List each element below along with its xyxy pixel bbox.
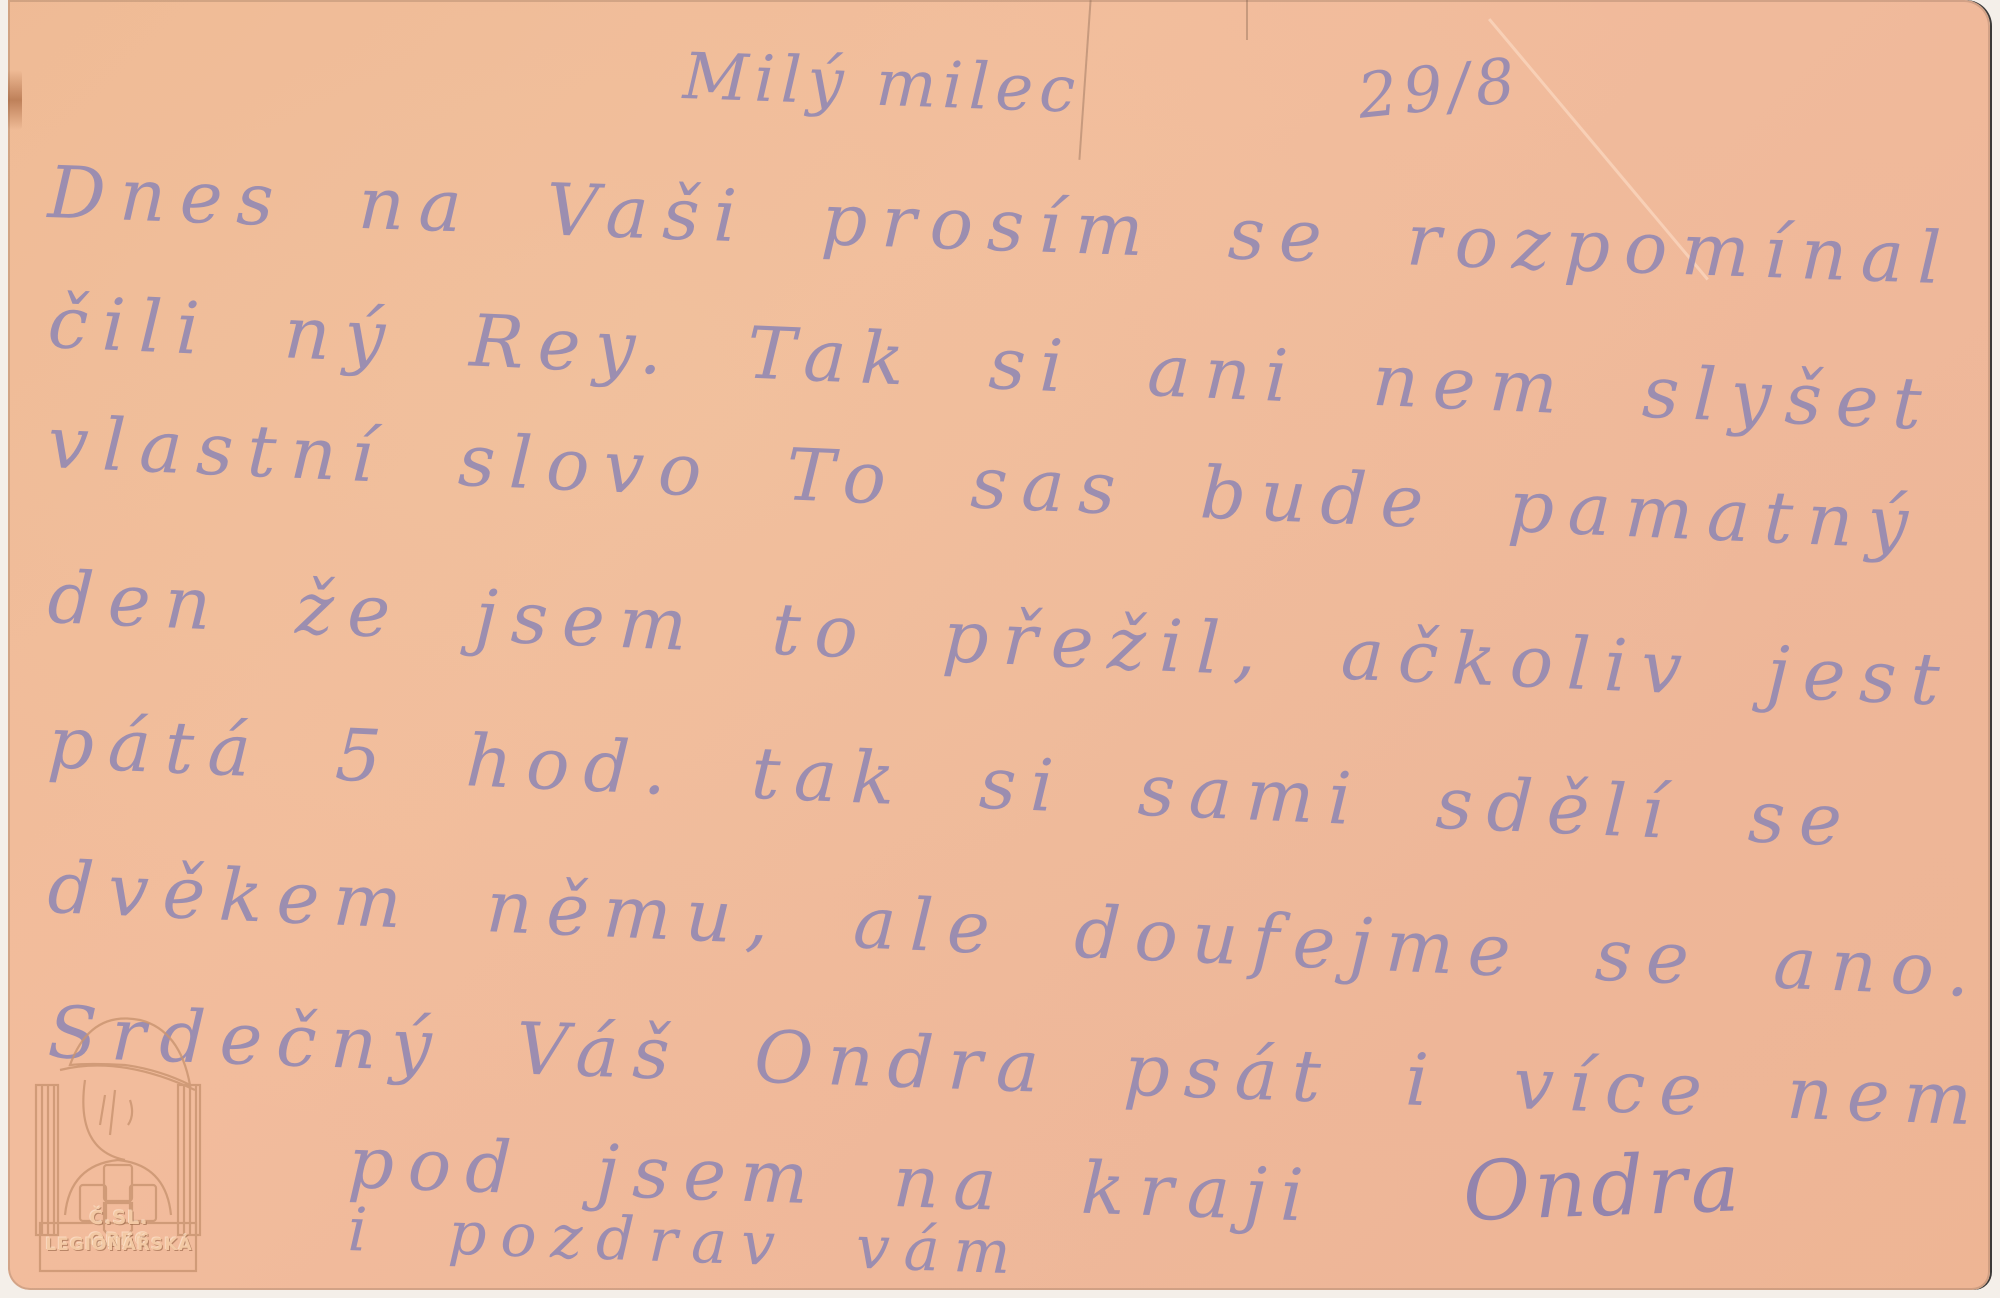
body-line: pátá 5 hod. tak si sami sdělí se <box>46 700 1857 863</box>
postcard: Milý milec 29/8 Dnes na Vaši prosím se r… <box>8 0 1990 1290</box>
paper-crease <box>1246 0 1248 40</box>
paper-stain <box>8 70 22 130</box>
emblem-text-csl: Č.SL. <box>89 1207 148 1229</box>
salutation: Milý milec <box>682 40 1083 128</box>
body-line: Dnes na Vaši prosím se rozpomínal <box>47 150 1957 301</box>
date: 29/8 <box>1354 43 1524 133</box>
body-line: dvěkem němu, ale doufejme se ano. <box>46 845 1985 1013</box>
body-line: Srdečný Váš Ondra psát i více nem <box>47 990 1988 1142</box>
signature: Ondra <box>1461 1135 1745 1240</box>
legion-emblem: Č.SL. OBEC LEGIONÁŘSKÁ <box>30 985 206 1275</box>
body-line: den že jsem to přežil, ačkoliv jest <box>46 555 1955 722</box>
emblem-line2: LEGIONÁŘSKÁ <box>44 1235 194 1255</box>
